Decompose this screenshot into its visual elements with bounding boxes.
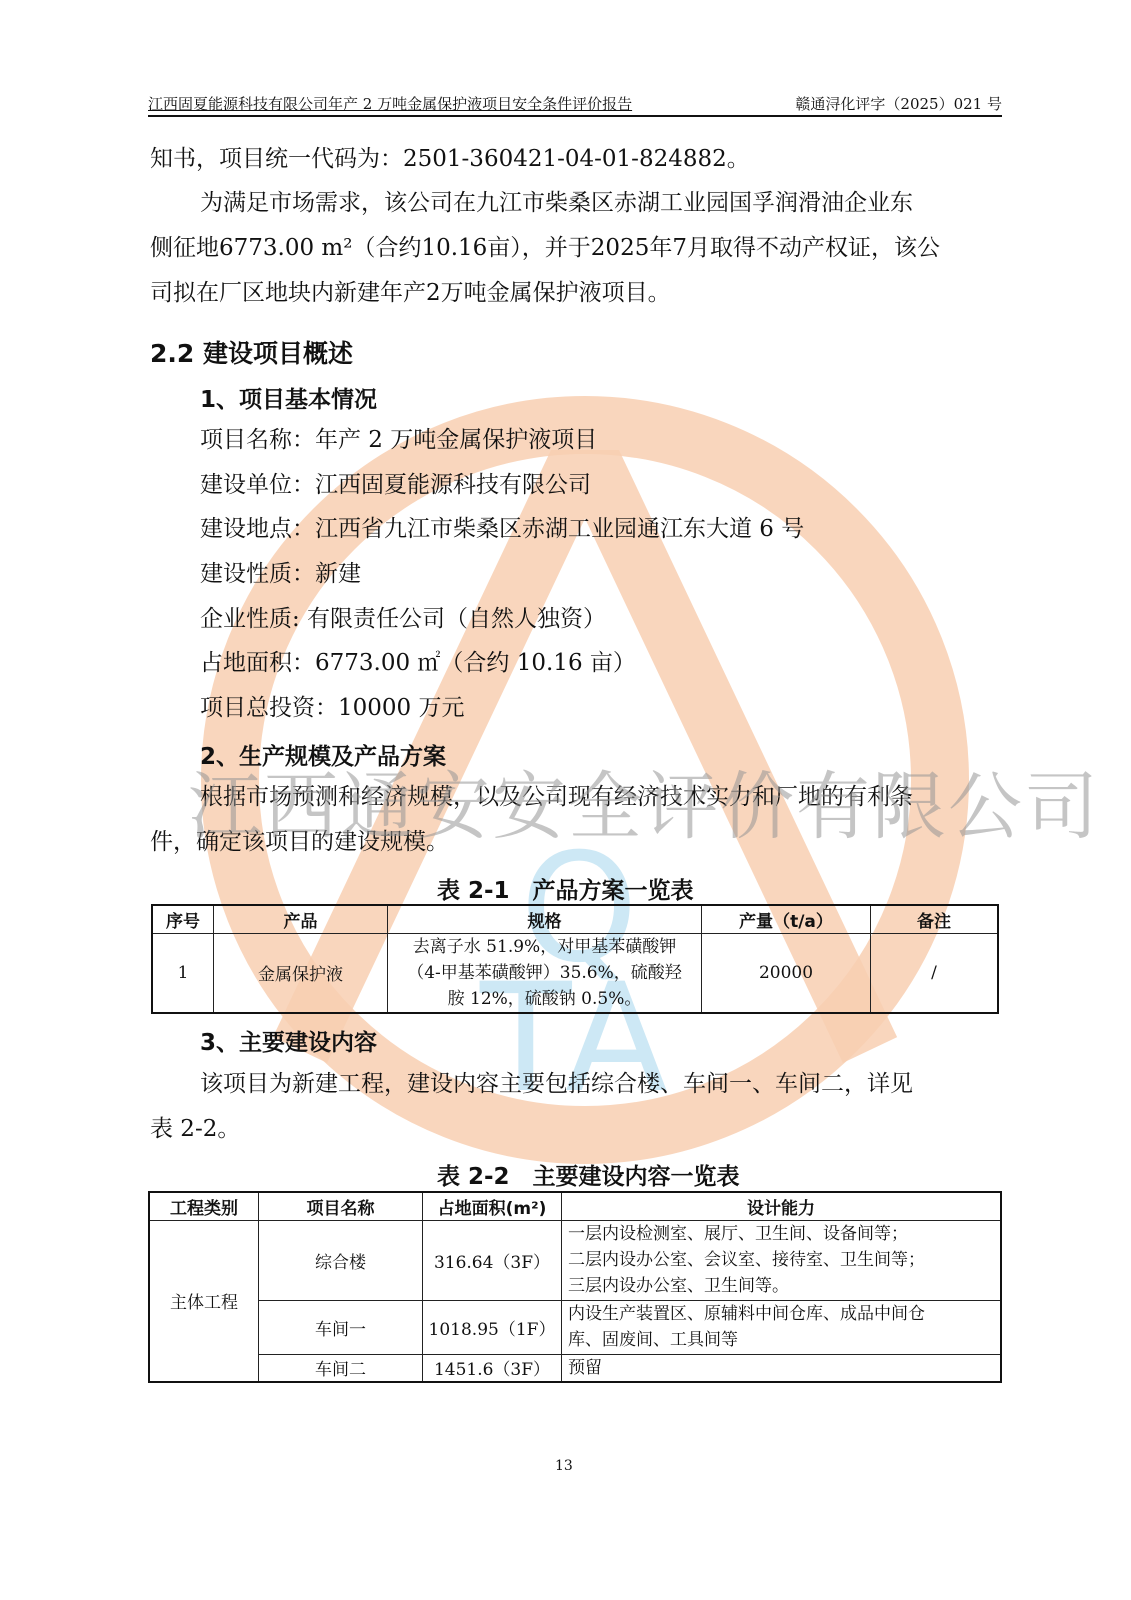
table1-cell-remark: / <box>871 933 999 1013</box>
capacity-line: 内设生产装置区、原辅料中间仓库、成品中间仓 <box>568 1301 994 1327</box>
table1-cell-spec: 去离子水 51.9%，对甲基苯磺酸钾 （4-甲基苯磺酸钾）35.6%，硫酸羟 胺… <box>388 933 702 1013</box>
capacity-line: 一层内设检测室、展厅、卫生间、设备间等； <box>568 1221 994 1247</box>
product-plan-table: 序号 产品 规格 产量（t/a） 备注 1 金属保护液 去离子水 51.9%，对… <box>151 904 999 1014</box>
construction-content-table: 工程类别 项目名称 占地面积(m²) 设计能力 主体工程 综合楼 316.64（… <box>148 1191 1002 1383</box>
paragraph-land-line1: 为满足市场需求，该公司在九江市柴桑区赤湖工业园国孚润滑油企业东 <box>200 188 913 218</box>
table2-cell-area: 316.64（3F） <box>423 1220 562 1300</box>
table2-cell-name: 车间一 <box>259 1300 423 1354</box>
table-row: 1 金属保护液 去离子水 51.9%，对甲基苯磺酸钾 （4-甲基苯磺酸钾）35.… <box>152 933 998 1013</box>
paragraph-project-code: 知书，项目统一代码为：2501-360421-04-01-824882。 <box>150 144 750 174</box>
capacity-line: 二层内设办公室、会议室、接待室、卫生间等； <box>568 1247 994 1273</box>
table2-header-capacity: 设计能力 <box>562 1192 1002 1220</box>
paragraph-land-line3: 司拟在厂区地块内新建年产2万吨金属保护液项目。 <box>150 278 671 308</box>
info-location: 建设地点：江西省九江市柴桑区赤湖工业园通江东大道 6 号 <box>200 514 804 544</box>
paragraph-scale-line2: 件，确定该项目的建设规模。 <box>150 827 449 857</box>
page-header: 江西固夏能源科技有限公司年产 2 万吨金属保护液项目安全条件评价报告 赣通浔化评… <box>148 91 1002 117</box>
spec-line: 去离子水 51.9%，对甲基苯磺酸钾 <box>392 934 697 960</box>
page-number: 13 <box>555 1458 573 1474</box>
paragraph-scale-line1: 根据市场预测和经济规模，以及公司现有经济技术实力和厂地的有利条 <box>200 782 913 812</box>
section-heading: 2.2 建设项目概述 <box>150 334 353 370</box>
table1-cell-output: 20000 <box>702 933 871 1013</box>
header-report-number: 赣通浔化评字（2025）021 号 <box>795 93 1002 114</box>
table2-cell-capacity: 预留 <box>562 1354 1002 1382</box>
table-row: 车间一 1018.95（1F） 内设生产装置区、原辅料中间仓库、成品中间仓 库、… <box>149 1300 1001 1354</box>
info-builder: 建设单位：江西固夏能源科技有限公司 <box>200 470 591 500</box>
spec-line: （4-甲基苯磺酸钾）35.6%，硫酸羟 <box>392 960 697 986</box>
spec-line: 胺 12%，硫酸钠 0.5%。 <box>392 986 697 1012</box>
info-enterprise-type: 企业性质: 有限责任公司（自然人独资） <box>200 604 606 634</box>
info-project-name: 项目名称：年产 2 万吨金属保护液项目 <box>200 425 597 455</box>
table2-cell-area: 1451.6（3F） <box>423 1354 562 1382</box>
capacity-line: 预留 <box>568 1355 994 1381</box>
table-row: 主体工程 综合楼 316.64（3F） 一层内设检测室、展厅、卫生间、设备间等；… <box>149 1220 1001 1300</box>
paragraph-construction-line1: 该项目为新建工程，建设内容主要包括综合楼、车间一、车间二，详见 <box>200 1069 913 1099</box>
table2-cell-area: 1018.95（1F） <box>423 1300 562 1354</box>
table1-header-no: 序号 <box>152 905 214 933</box>
subheading-basic-info: 1、项目基本情况 <box>200 381 377 414</box>
capacity-line: 库、固废间、工具间等 <box>568 1327 994 1353</box>
table1-header-output: 产量（t/a） <box>702 905 871 933</box>
document-page: Q T A 江西固夏能源科技有限公司年产 2 万吨金属保护液项目安全条件评价报告… <box>0 0 1131 1600</box>
paragraph-land-line2: 侧征地6773.00 m²（合约10.16亩），并于2025年7月取得不动产权证… <box>150 233 940 263</box>
table1-header-spec: 规格 <box>388 905 702 933</box>
table2-header-area: 占地面积(m²) <box>423 1192 562 1220</box>
table2-header-category: 工程类别 <box>149 1192 259 1220</box>
table2-header-name: 项目名称 <box>259 1192 423 1220</box>
header-report-title: 江西固夏能源科技有限公司年产 2 万吨金属保护液项目安全条件评价报告 <box>148 93 632 114</box>
subheading-construction: 3、主要建设内容 <box>200 1024 377 1057</box>
info-land-area: 占地面积：6773.00 ㎡（合约 10.16 亩） <box>200 648 636 678</box>
table1-header-remark: 备注 <box>871 905 999 933</box>
capacity-line: 三层内设办公室、卫生间等。 <box>568 1273 994 1299</box>
table2-caption: 表 2-2 主要建设内容一览表 <box>437 1158 740 1191</box>
table2-cell-category: 主体工程 <box>149 1220 259 1382</box>
paragraph-construction-line2: 表 2-2。 <box>150 1114 240 1144</box>
table1-cell-no: 1 <box>152 933 214 1013</box>
subheading-scale: 2、生产规模及产品方案 <box>200 738 446 771</box>
info-investment: 项目总投资：10000 万元 <box>200 693 464 723</box>
table1-caption: 表 2-1 产品方案一览表 <box>437 872 694 905</box>
table2-cell-name: 车间二 <box>259 1354 423 1382</box>
table2-cell-capacity: 内设生产装置区、原辅料中间仓库、成品中间仓 库、固废间、工具间等 <box>562 1300 1002 1354</box>
table1-cell-product: 金属保护液 <box>214 933 388 1013</box>
info-nature: 建设性质：新建 <box>200 559 361 589</box>
table2-cell-name: 综合楼 <box>259 1220 423 1300</box>
table-row: 车间二 1451.6（3F） 预留 <box>149 1354 1001 1382</box>
table1-header-product: 产品 <box>214 905 388 933</box>
table2-cell-capacity: 一层内设检测室、展厅、卫生间、设备间等； 二层内设办公室、会议室、接待室、卫生间… <box>562 1220 1002 1300</box>
